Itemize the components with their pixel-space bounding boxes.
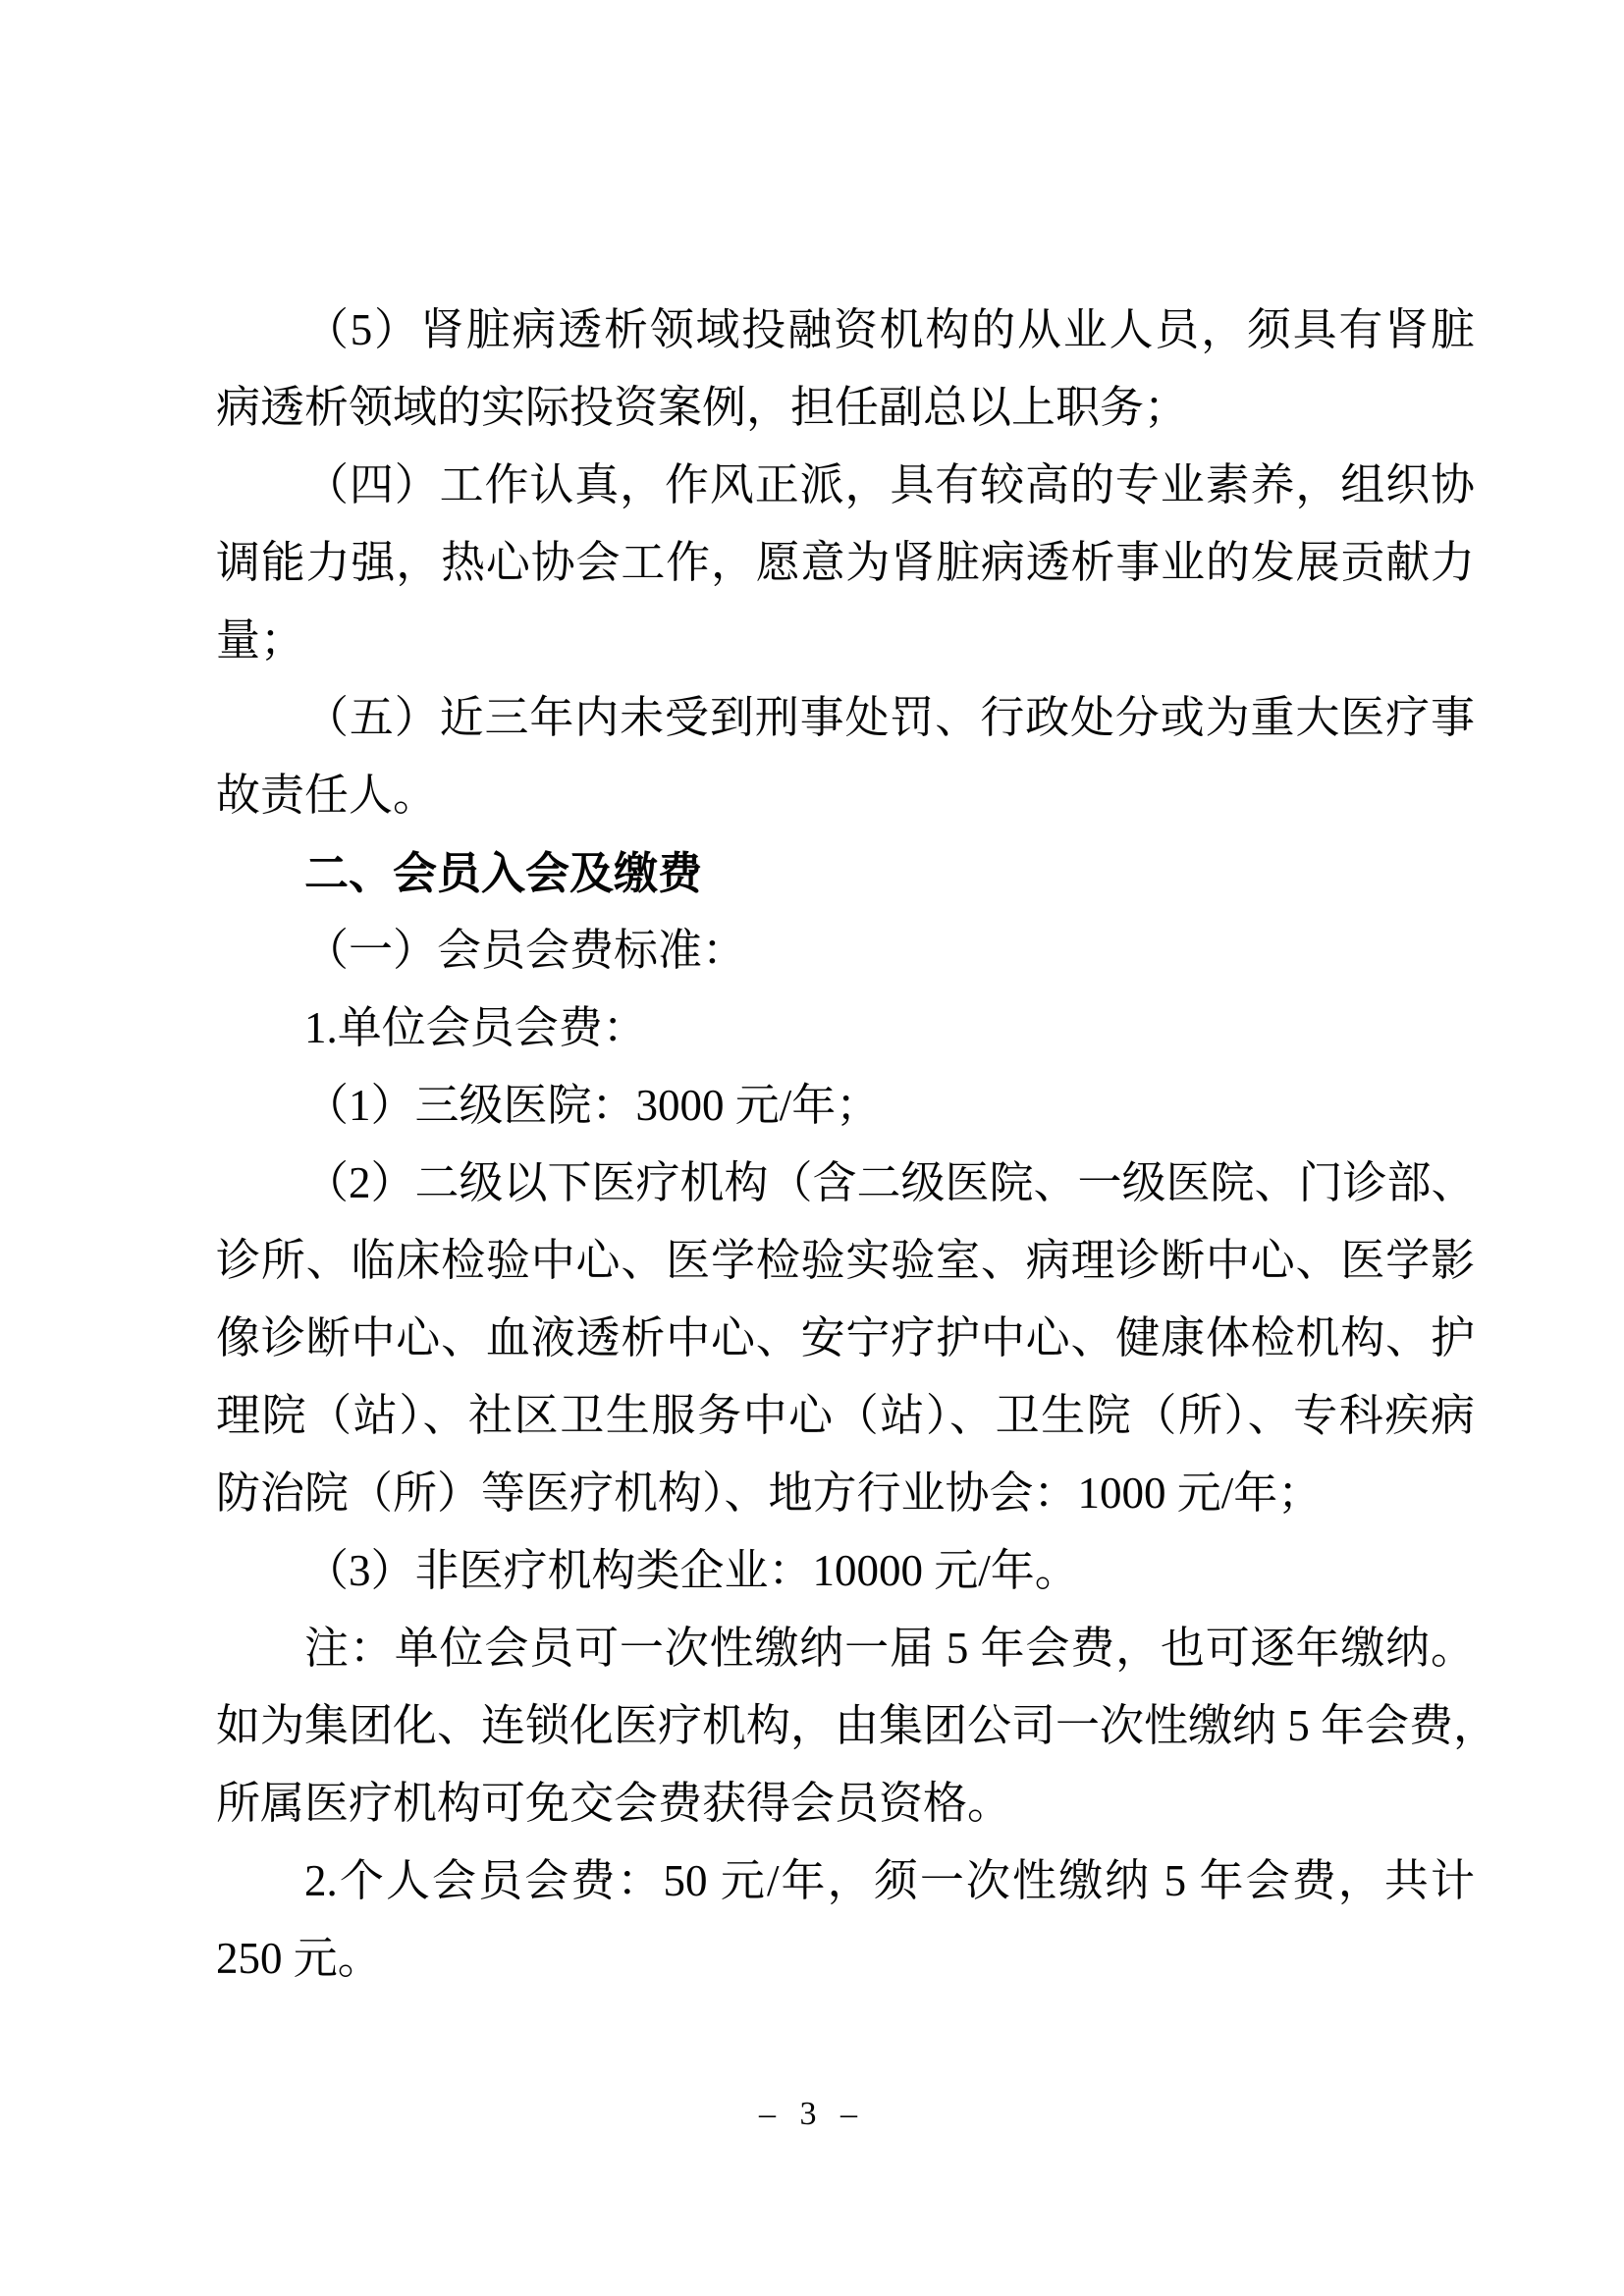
text-line: （2）二级以下医疗机构（含二级医院、一级医院、门诊部、 [216,1145,1475,1222]
paragraph-tier2-and-below-fee: （2）二级以下医疗机构（含二级医院、一级医院、门诊部、 诊所、临床检验中心、医学… [216,1145,1475,1532]
heading-text: 二、会员入会及缴费 [216,834,1475,912]
text-line: 防治院（所）等医疗机构）、地方行业协会：1000 元/年； [216,1455,1475,1532]
paragraph-tier3-hospital-fee: （1）三级医院：3000 元/年； [216,1067,1475,1145]
text-line: 像诊断中心、血液透析中心、安宁疗护中心、健康体检机构、护 [216,1300,1475,1377]
document-body: （5）肾脏病透析领域投融资机构的从业人员，须具有肾脏 病透析领域的实际投资案例，… [216,292,1475,1998]
paragraph-unit-member-fee-title: 1.单位会员会费： [216,989,1475,1067]
text-line: 1.单位会员会费： [216,989,1475,1067]
text-line: 故责任人。 [216,757,1475,834]
text-line: （四）工作认真，作风正派，具有较高的专业素养，组织协 [216,447,1475,524]
paragraph-non-medical-enterprise-fee: （3）非医疗机构类企业：10000 元/年。 [216,1532,1475,1610]
text-line: 诊所、临床检验中心、医学检验实验室、病理诊断中心、医学影 [216,1222,1475,1300]
text-line: 病透析领域的实际投资案例，担任副总以上职务； [216,369,1475,447]
text-line: 量； [216,602,1475,679]
text-line: 理院（站）、社区卫生服务中心（站）、卫生院（所）、专科疾病 [216,1377,1475,1455]
paragraph-individual-member-fee: 2.个人会员会费：50 元/年，须一次性缴纳 5 年会费，共计 250 元。 [216,1842,1475,1998]
text-line: （五）近三年内未受到刑事处罚、行政处分或为重大医疗事 [216,679,1475,757]
text-line: （一）会员会费标准： [216,912,1475,989]
text-line: 250 元。 [216,1920,1475,1998]
paragraph-item5-investment-staff: （5）肾脏病透析领域投融资机构的从业人员，须具有肾脏 病透析领域的实际投资案例，… [216,292,1475,447]
text-line: （1）三级医院：3000 元/年； [216,1067,1475,1145]
text-line: （5）肾脏病透析领域投融资机构的从业人员，须具有肾脏 [216,292,1475,369]
text-line: （3）非医疗机构类企业：10000 元/年。 [216,1532,1475,1610]
section-heading-membership-fees: 二、会员入会及缴费 [216,834,1475,912]
paragraph-item5-no-penalty: （五）近三年内未受到刑事处罚、行政处分或为重大医疗事 故责任人。 [216,679,1475,834]
text-line: 所属医疗机构可免交会费获得会员资格。 [216,1765,1475,1842]
text-line: 注：单位会员可一次性缴纳一届 5 年会费，也可逐年缴纳。 [216,1610,1475,1687]
paragraph-payment-note: 注：单位会员可一次性缴纳一届 5 年会费，也可逐年缴纳。 如为集团化、连锁化医疗… [216,1610,1475,1842]
text-line: 调能力强，热心协会工作，愿意为肾脏病透析事业的发展贡献力 [216,524,1475,602]
paragraph-fee-standard-title: （一）会员会费标准： [216,912,1475,989]
paragraph-item4-work-ethic: （四）工作认真，作风正派，具有较高的专业素养，组织协 调能力强，热心协会工作，愿… [216,447,1475,679]
text-line: 2.个人会员会费：50 元/年，须一次性缴纳 5 年会费，共计 [216,1842,1475,1920]
text-line: 如为集团化、连锁化医疗机构，由集团公司一次性缴纳 5 年会费， [216,1687,1475,1765]
document-page: （5）肾脏病透析领域投融资机构的从业人员，须具有肾脏 病透析领域的实际投资案例，… [0,0,1624,2296]
page-number: – 3 – [0,2089,1624,2140]
